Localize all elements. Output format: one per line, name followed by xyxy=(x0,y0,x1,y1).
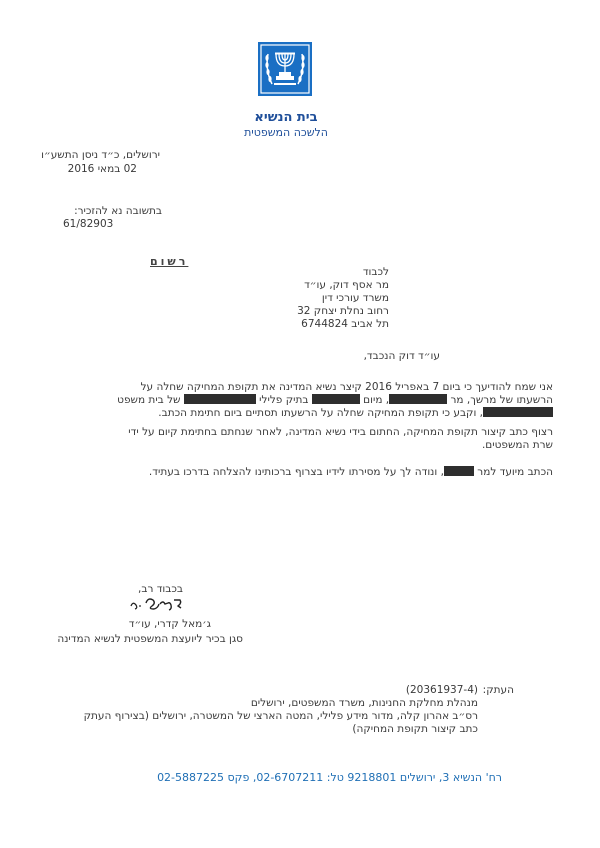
letterhead-title: בית הנשיא xyxy=(200,110,372,125)
text-segment: , ונודה לך על מסירתו לידיו בצרוף ברכותינ… xyxy=(149,466,444,478)
recipient-city: תל אביב 6744824 xyxy=(297,318,389,331)
body-p2-line2: שרת המשפטים. xyxy=(53,439,553,452)
text-segment: בתיק פלילי xyxy=(259,394,308,406)
text-segment: של בית משפט xyxy=(117,394,180,406)
greeting: עו״ד דוק הנכבד, xyxy=(364,350,440,363)
body-paragraph-3: הכתב מיועד למר , ונודה לך על מסירתו לידי… xyxy=(149,466,553,479)
redacted-court xyxy=(483,407,553,417)
reference-label: בתשובה נא להזכיר: xyxy=(74,205,162,218)
signer-title: סגן בכיר ליועצת המשפטית לנשיא המדינה xyxy=(57,633,243,646)
delivery-mark-registered: רשום xyxy=(150,255,188,268)
body-p2-line1: רצוף כתב קיצור תקופת המחיקה, החתום בידי … xyxy=(53,426,553,439)
text-segment: , מיום xyxy=(363,394,389,406)
letterhead-subtitle: הלשכה המשפטית xyxy=(200,126,372,139)
text-segment: הרשעתו של מרשך, מר xyxy=(450,394,553,406)
copy-recipient-3: כתב קיצור תקופת המחיקה) xyxy=(84,723,478,736)
copies-list: מנהלת מחלקת החנינות, משרד המשפטים, ירושל… xyxy=(84,697,478,736)
copies-code: (20361937-4) xyxy=(406,684,478,697)
recipient-street: רחוב נחלת יצחק 32 xyxy=(297,305,389,318)
body-p1-line3: , וקבע כי תקופת המחיקה שחלה על הרשעתו תס… xyxy=(53,407,553,420)
date-hebrew: ירושלים, כ״ד ניסן התשע״ו xyxy=(41,149,160,162)
handwritten-signature-icon xyxy=(128,594,184,612)
state-emblem-menorah-icon xyxy=(258,42,312,96)
recipient-firm: משרד עורכי דין xyxy=(297,292,389,305)
redacted-date xyxy=(312,394,360,404)
reference-number: 61/82903 xyxy=(63,218,113,231)
copies-label: העתק: xyxy=(483,684,514,697)
recipient-block: לכבוד מר אסף דוק, עו״ד משרד עורכי דין רח… xyxy=(297,266,389,331)
body-p1-line2: הרשעתו של מרשך, מר , מיום בתיק פלילי של … xyxy=(53,394,553,407)
recipient-name: מר אסף דוק, עו״ד xyxy=(297,279,389,292)
text-segment: הכתב מיועד למר xyxy=(477,466,553,478)
redacted-name xyxy=(444,466,474,476)
date-gregorian: 02 במאי 2016 xyxy=(68,163,137,176)
body-paragraph-1: אני שמח להודיעך כי ביום 7 באפריל 2016 קי… xyxy=(53,381,553,420)
copy-recipient-2: רס״ב אהרון קלה, מדור מידע פלילי, המטה הא… xyxy=(84,710,478,723)
recipient-salutation: לכבוד xyxy=(297,266,389,279)
redacted-case-number xyxy=(184,394,256,404)
text-segment: , וקבע כי תקופת המחיקה שחלה על הרשעתו תס… xyxy=(158,407,483,419)
copy-recipient-1: מנהלת מחלקת החנינות, משרד המשפטים, ירושל… xyxy=(84,697,478,710)
redacted-name xyxy=(389,394,447,404)
signer-name: ג׳מאל קדרי, עו״ד xyxy=(129,618,211,631)
body-paragraph-2: רצוף כתב קיצור תקופת המחיקה, החתום בידי … xyxy=(53,426,553,452)
body-p1-line1: אני שמח להודיעך כי ביום 7 באפריל 2016 קי… xyxy=(53,381,553,394)
footer-address: רח' הנשיא 3, ירושלים 9218801 טל: 02-6707… xyxy=(130,771,502,784)
